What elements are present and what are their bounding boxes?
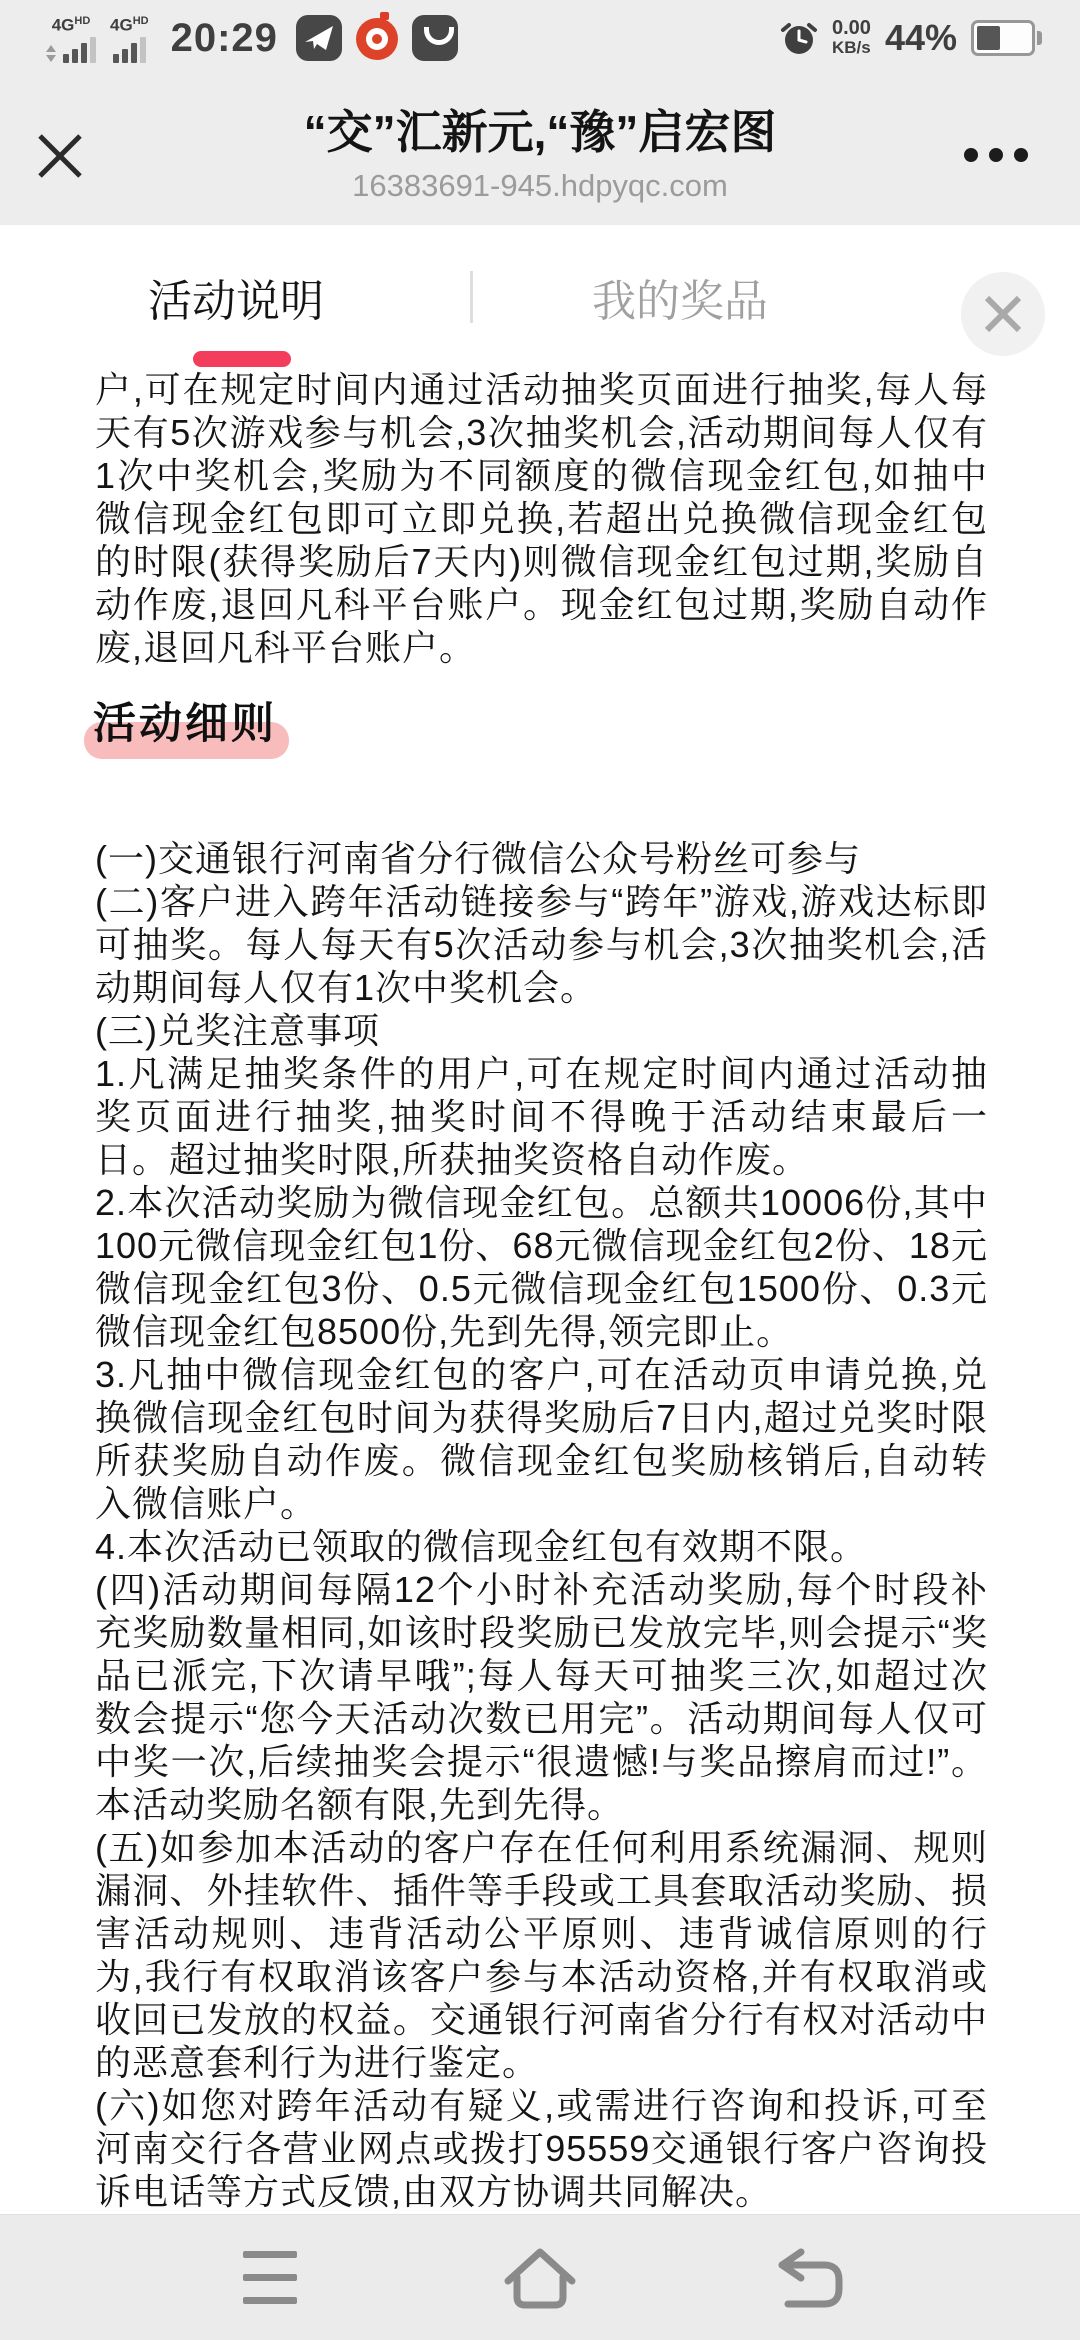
network-type-label: 4GHD [110, 13, 149, 34]
rule-paragraph: 2.本次活动奖励为微信现金红包。总额共10006份,其中100元微信现金红包1份… [95, 1181, 988, 1353]
page-title: “交”汇新元,“豫”启宏图 [120, 96, 960, 162]
rule-paragraph: (一)交通银行河南省分行微信公众号粉丝可参与 [95, 837, 988, 880]
status-bar: 4GHD 4GHD 20:29 [0, 0, 1080, 70]
tab-activity-description[interactable]: 活动说明 [148, 265, 324, 329]
browser-header: “交”汇新元,“豫”启宏图 16383691-945.hdpyqc.com [0, 70, 1080, 225]
rule-paragraph: 4.本次活动已领取的微信现金红包有效期不限。 [95, 1525, 988, 1568]
back-icon[interactable] [765, 2215, 855, 2340]
rule-paragraph: (五)如参加本活动的客户存在任何利用系统漏洞、规则漏洞、外挂软件、插件等手段或工… [95, 1826, 988, 2084]
menu-icon[interactable] [225, 2215, 315, 2340]
alarm-clock-icon [780, 19, 818, 57]
rules-list: (一)交通银行河南省分行微信公众号粉丝可参与 (二)客户进入跨年活动链接参与“跨… [95, 837, 988, 2213]
battery-percent: 44% [885, 17, 957, 59]
active-tab-underline [193, 351, 291, 367]
rule-paragraph: 1.凡满足抽奖条件的用户,可在规定时间内通过活动抽奖页面进行抽奖,抽奖时间不得晚… [95, 1052, 988, 1181]
shopping-bag-icon [412, 15, 458, 61]
more-menu-icon[interactable] [964, 148, 1028, 162]
android-nav-bar [0, 2214, 1080, 2340]
status-time: 20:29 [171, 16, 278, 61]
rule-paragraph: (六)如您对跨年活动有疑义,或需进行咨询和投诉,可至河南交行各营业网点或拨打95… [95, 2084, 988, 2213]
intro-paragraph: 户,可在规定时间内通过活动抽奖页面进行抽奖,每人每天有5次游戏参与机会,3次抽奖… [95, 368, 988, 669]
section-title: 活动细则 [93, 698, 277, 750]
rule-paragraph: (二)客户进入跨年活动链接参与“跨年”游戏,游戏达标即可抽奖。每人每天有5次活动… [95, 880, 988, 1009]
signal-indicator-2: 4GHD [110, 13, 149, 63]
data-activity-arrows-icon [46, 45, 56, 62]
signal-indicator-1: 4GHD [46, 13, 96, 63]
close-panel-button[interactable] [961, 272, 1045, 356]
rule-paragraph: (四)活动期间每隔12个小时补充活动奖励,每个时段补充奖励数量相同,如该时段奖励… [95, 1568, 988, 1826]
close-page-icon[interactable] [36, 132, 84, 180]
tab-my-prizes[interactable]: 我的奖品 [592, 265, 768, 329]
status-bar-right: 0.00 KB/s 44% [780, 17, 1042, 59]
home-icon[interactable] [495, 2215, 585, 2340]
network-type-label: 4GHD [52, 13, 91, 34]
page-url: 16383691-945.hdpyqc.com [120, 168, 960, 204]
page-content: 活动说明 我的奖品 户,可在规定时间内通过活动抽奖页面进行抽奖,每人每天有5次游… [0, 225, 1080, 2215]
network-speed: 0.00 KB/s [832, 18, 871, 58]
rule-paragraph: (三)兑奖注意事项 [95, 1009, 988, 1052]
tab-divider [470, 271, 473, 323]
close-icon [983, 294, 1023, 334]
pinduoduo-icon [354, 15, 400, 61]
telegram-icon [296, 15, 342, 61]
phone-screen: 4GHD 4GHD 20:29 [0, 0, 1080, 2340]
battery-icon [971, 20, 1042, 56]
rule-paragraph: 3.凡抽中微信现金红包的客户,可在活动页申请兑换,兑换微信现金红包时间为获得奖励… [95, 1353, 988, 1525]
